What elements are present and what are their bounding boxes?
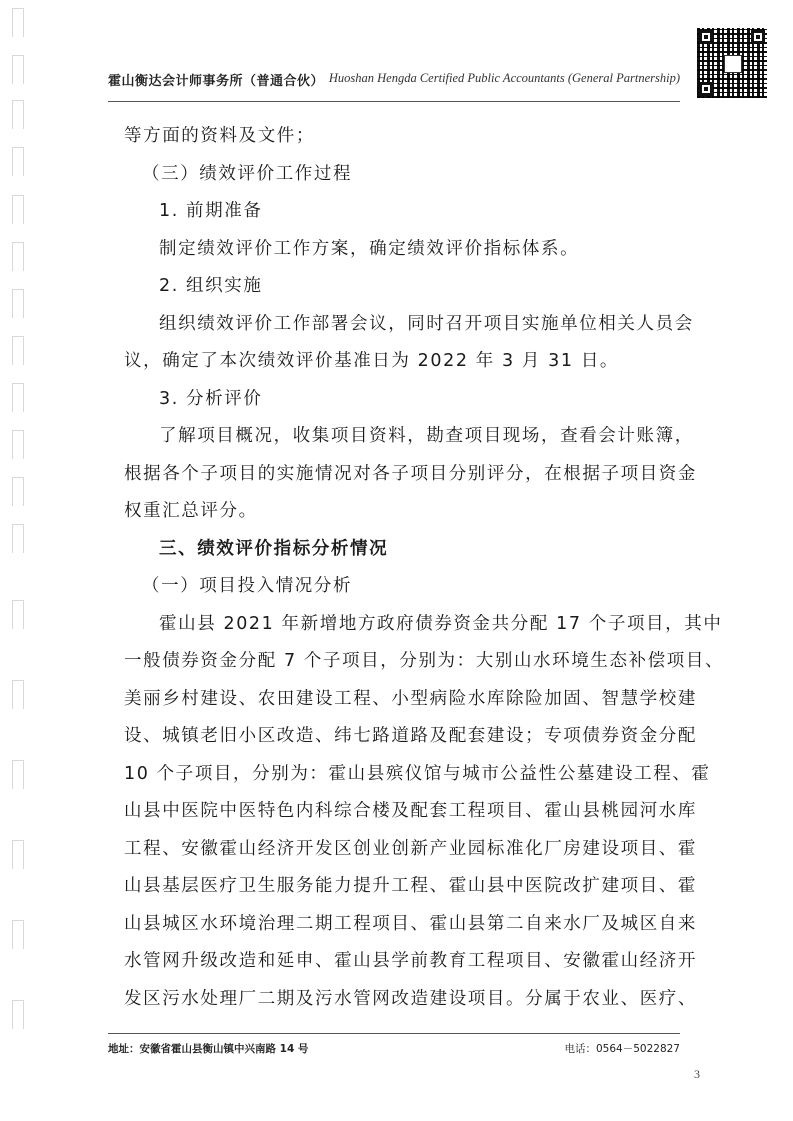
firm-address: 地址：安徽省霍山县衡山镇中兴南路 14 号 [108, 1041, 308, 1056]
paragraph-line: 制定绩效评价工作方案，确定绩效评价指标体系。 [124, 231, 684, 269]
binding-mark [12, 680, 24, 709]
binding-mark [12, 920, 24, 949]
subsection-heading: （一）项目投入情况分析 [124, 568, 684, 606]
paragraph-line: 山县基层医疗卫生服务能力提升工程、霍山县中医院改扩建项目、霍 [124, 868, 684, 906]
binding-mark [12, 242, 24, 271]
firm-phone: 电话：0564－5022827 [565, 1041, 681, 1056]
document-body: 等方面的资料及文件； （三）绩效评价工作过程 1. 前期准备 制定绩效评价工作方… [124, 118, 684, 1018]
qr-center-logo [724, 55, 742, 73]
binding-mark [12, 477, 24, 506]
binding-mark [12, 195, 24, 224]
qr-finder-pattern [751, 30, 765, 44]
footer-divider [108, 1033, 680, 1034]
step-heading: 1. 前期准备 [124, 193, 684, 231]
step-heading: 2. 组织实施 [124, 268, 684, 306]
qr-finder-pattern [699, 30, 713, 44]
paragraph-line: 山县中医院中医特色内科综合楼及配套工程项目、霍山县桃园河水库 [124, 793, 684, 831]
paragraph-line: 发区污水处理厂二期及污水管网改造建设项目。分属于农业、医疗、 [124, 981, 684, 1019]
subsection-heading: （三）绩效评价工作过程 [124, 156, 684, 194]
paragraph-line: 10 个子项目，分别为：霍山县殡仪馆与城市公益性公墓建设工程、霍 [124, 756, 684, 794]
binding-holes [12, 0, 26, 1121]
paragraph-line: 工程、安徽霍山经济开发区创业创新产业园标准化厂房建设项目、霍 [124, 831, 684, 869]
qr-code-icon [697, 28, 767, 98]
paragraph-line: 组织绩效评价工作部署会议，同时召开项目实施单位相关人员会 [124, 306, 684, 344]
firm-name-en: Huoshan Hengda Certified Public Accounta… [329, 71, 680, 86]
paragraph-line: 山县城区水环境治理二期工程项目、霍山县第二自来水厂及城区自来 [124, 906, 684, 944]
binding-mark [12, 840, 24, 869]
qr-finder-pattern [699, 82, 713, 96]
paragraph-line: 霍山县 2021 年新增地方政府债券资金共分配 17 个子项目，其中 [124, 606, 684, 644]
page-footer: 地址：安徽省霍山县衡山镇中兴南路 14 号 电话：0564－5022827 [108, 1041, 680, 1059]
paragraph-line: 等方面的资料及文件； [124, 118, 684, 156]
paragraph-line: 了解项目概况，收集项目资料，勘查项目现场，查看会计账簿， [124, 418, 684, 456]
binding-mark [12, 760, 24, 789]
paragraph-line: 一般债券资金分配 7 个子项目，分别为：大别山水环境生态补偿项目、 [124, 643, 684, 681]
paragraph-line: 美丽乡村建设、农田建设工程、小型病险水库除险加固、智慧学校建 [124, 681, 684, 719]
binding-mark [12, 336, 24, 365]
binding-mark [12, 8, 24, 37]
section-heading: 三、绩效评价指标分析情况 [124, 531, 684, 569]
page-header: 霍山衡达会计师事务所（普通合伙） Huoshan Hengda Certifie… [108, 70, 680, 92]
binding-mark [12, 600, 24, 629]
binding-mark [12, 289, 24, 318]
binding-mark [12, 100, 24, 129]
binding-mark [12, 524, 24, 553]
binding-mark [12, 1000, 24, 1029]
paragraph-line: 设、城镇老旧小区改造、纬七路道路及配套建设；专项债券资金分配 [124, 718, 684, 756]
paragraph-line: 权重汇总评分。 [124, 493, 684, 531]
header-divider [108, 101, 680, 102]
firm-name-cn: 霍山衡达会计师事务所（普通合伙） [108, 70, 324, 89]
binding-mark [12, 430, 24, 459]
step-heading: 3. 分析评价 [124, 381, 684, 419]
paragraph-line: 根据各个子项目的实施情况对各子项目分别评分，在根据子项目资金 [124, 456, 684, 494]
page-number: 3 [694, 1067, 700, 1082]
paragraph-line: 水管网升级改造和延申、霍山县学前教育工程项目、安徽霍山经济开 [124, 943, 684, 981]
binding-mark [12, 383, 24, 412]
binding-mark [12, 147, 24, 176]
binding-mark [12, 55, 24, 84]
paragraph-line: 议，确定了本次绩效评价基准日为 2022 年 3 月 31 日。 [124, 343, 684, 381]
